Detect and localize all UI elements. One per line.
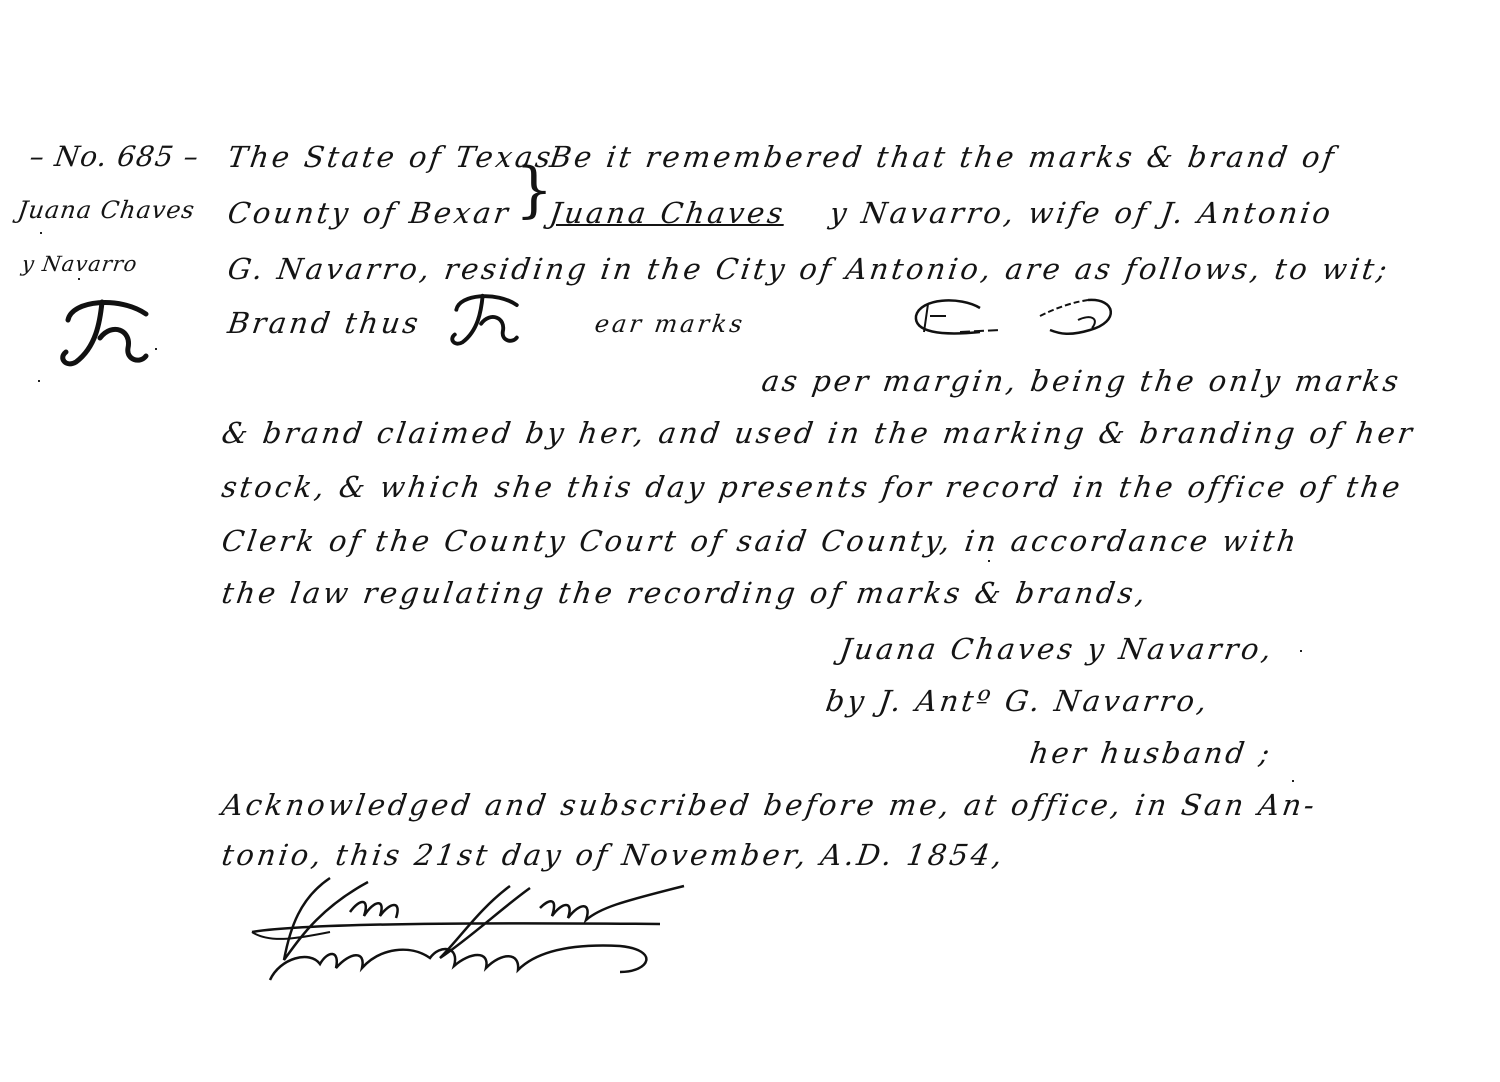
county-header: County of Bexar bbox=[226, 196, 513, 230]
body-line-2: Juana Chaves bbox=[548, 196, 788, 230]
brand-icon bbox=[440, 288, 530, 350]
scan-speck bbox=[40, 232, 42, 234]
body-line-9: Clerk of the County Court of said County… bbox=[220, 524, 1302, 558]
brand-label: Brand thus bbox=[226, 306, 424, 340]
clerk-signature-icon bbox=[240, 868, 700, 988]
body-line-8: stock, & which she this day presents for… bbox=[220, 470, 1405, 504]
body-line-3: G. Navarro, residing in the City of Anto… bbox=[226, 252, 1393, 286]
acknowledgement-line1: Acknowledged and subscribed before me, a… bbox=[220, 788, 1320, 822]
margin-brand-icon bbox=[50, 292, 160, 372]
scan-speck bbox=[38, 380, 40, 382]
body-line-2-rest: y Navarro, wife of J. Antonio bbox=[828, 196, 1336, 230]
ear-marks-label: ear marks bbox=[593, 310, 747, 338]
body-line-1: Be it remembered that the marks & brand … bbox=[548, 140, 1339, 174]
body-line-7: & brand claimed by her, and used in the … bbox=[220, 416, 1418, 450]
ear-marks-icon bbox=[910, 292, 1130, 344]
acknowledgement-line2: tonio, this 21st day of November, A.D. 1… bbox=[220, 838, 1008, 872]
record-number: – No. 685 – bbox=[28, 140, 202, 173]
scan-speck bbox=[155, 348, 157, 350]
document-page: – No. 685 – Juana Chaves y Navarro The S… bbox=[0, 0, 1500, 1082]
scan-speck bbox=[78, 278, 80, 280]
owner-signature-line3: her husband ; bbox=[1028, 736, 1275, 770]
margin-owner-name-line1: Juana Chaves bbox=[16, 196, 197, 224]
scan-speck bbox=[1292, 780, 1294, 782]
margin-owner-name-line2: y Navarro bbox=[20, 252, 139, 276]
state-header: The State of Texas bbox=[226, 140, 556, 174]
body-line-10: the law regulating the recording of mark… bbox=[220, 576, 1151, 610]
owner-signature-line2: by J. Antº G. Navarro, bbox=[824, 684, 1212, 718]
body-line-6: as per margin, being the only marks bbox=[760, 364, 1404, 398]
owner-name-underlined: Juana Chaves bbox=[548, 196, 788, 230]
scan-speck bbox=[988, 560, 990, 562]
owner-signature-line1: Juana Chaves y Navarro, bbox=[838, 632, 1277, 666]
scan-speck bbox=[1300, 650, 1302, 652]
